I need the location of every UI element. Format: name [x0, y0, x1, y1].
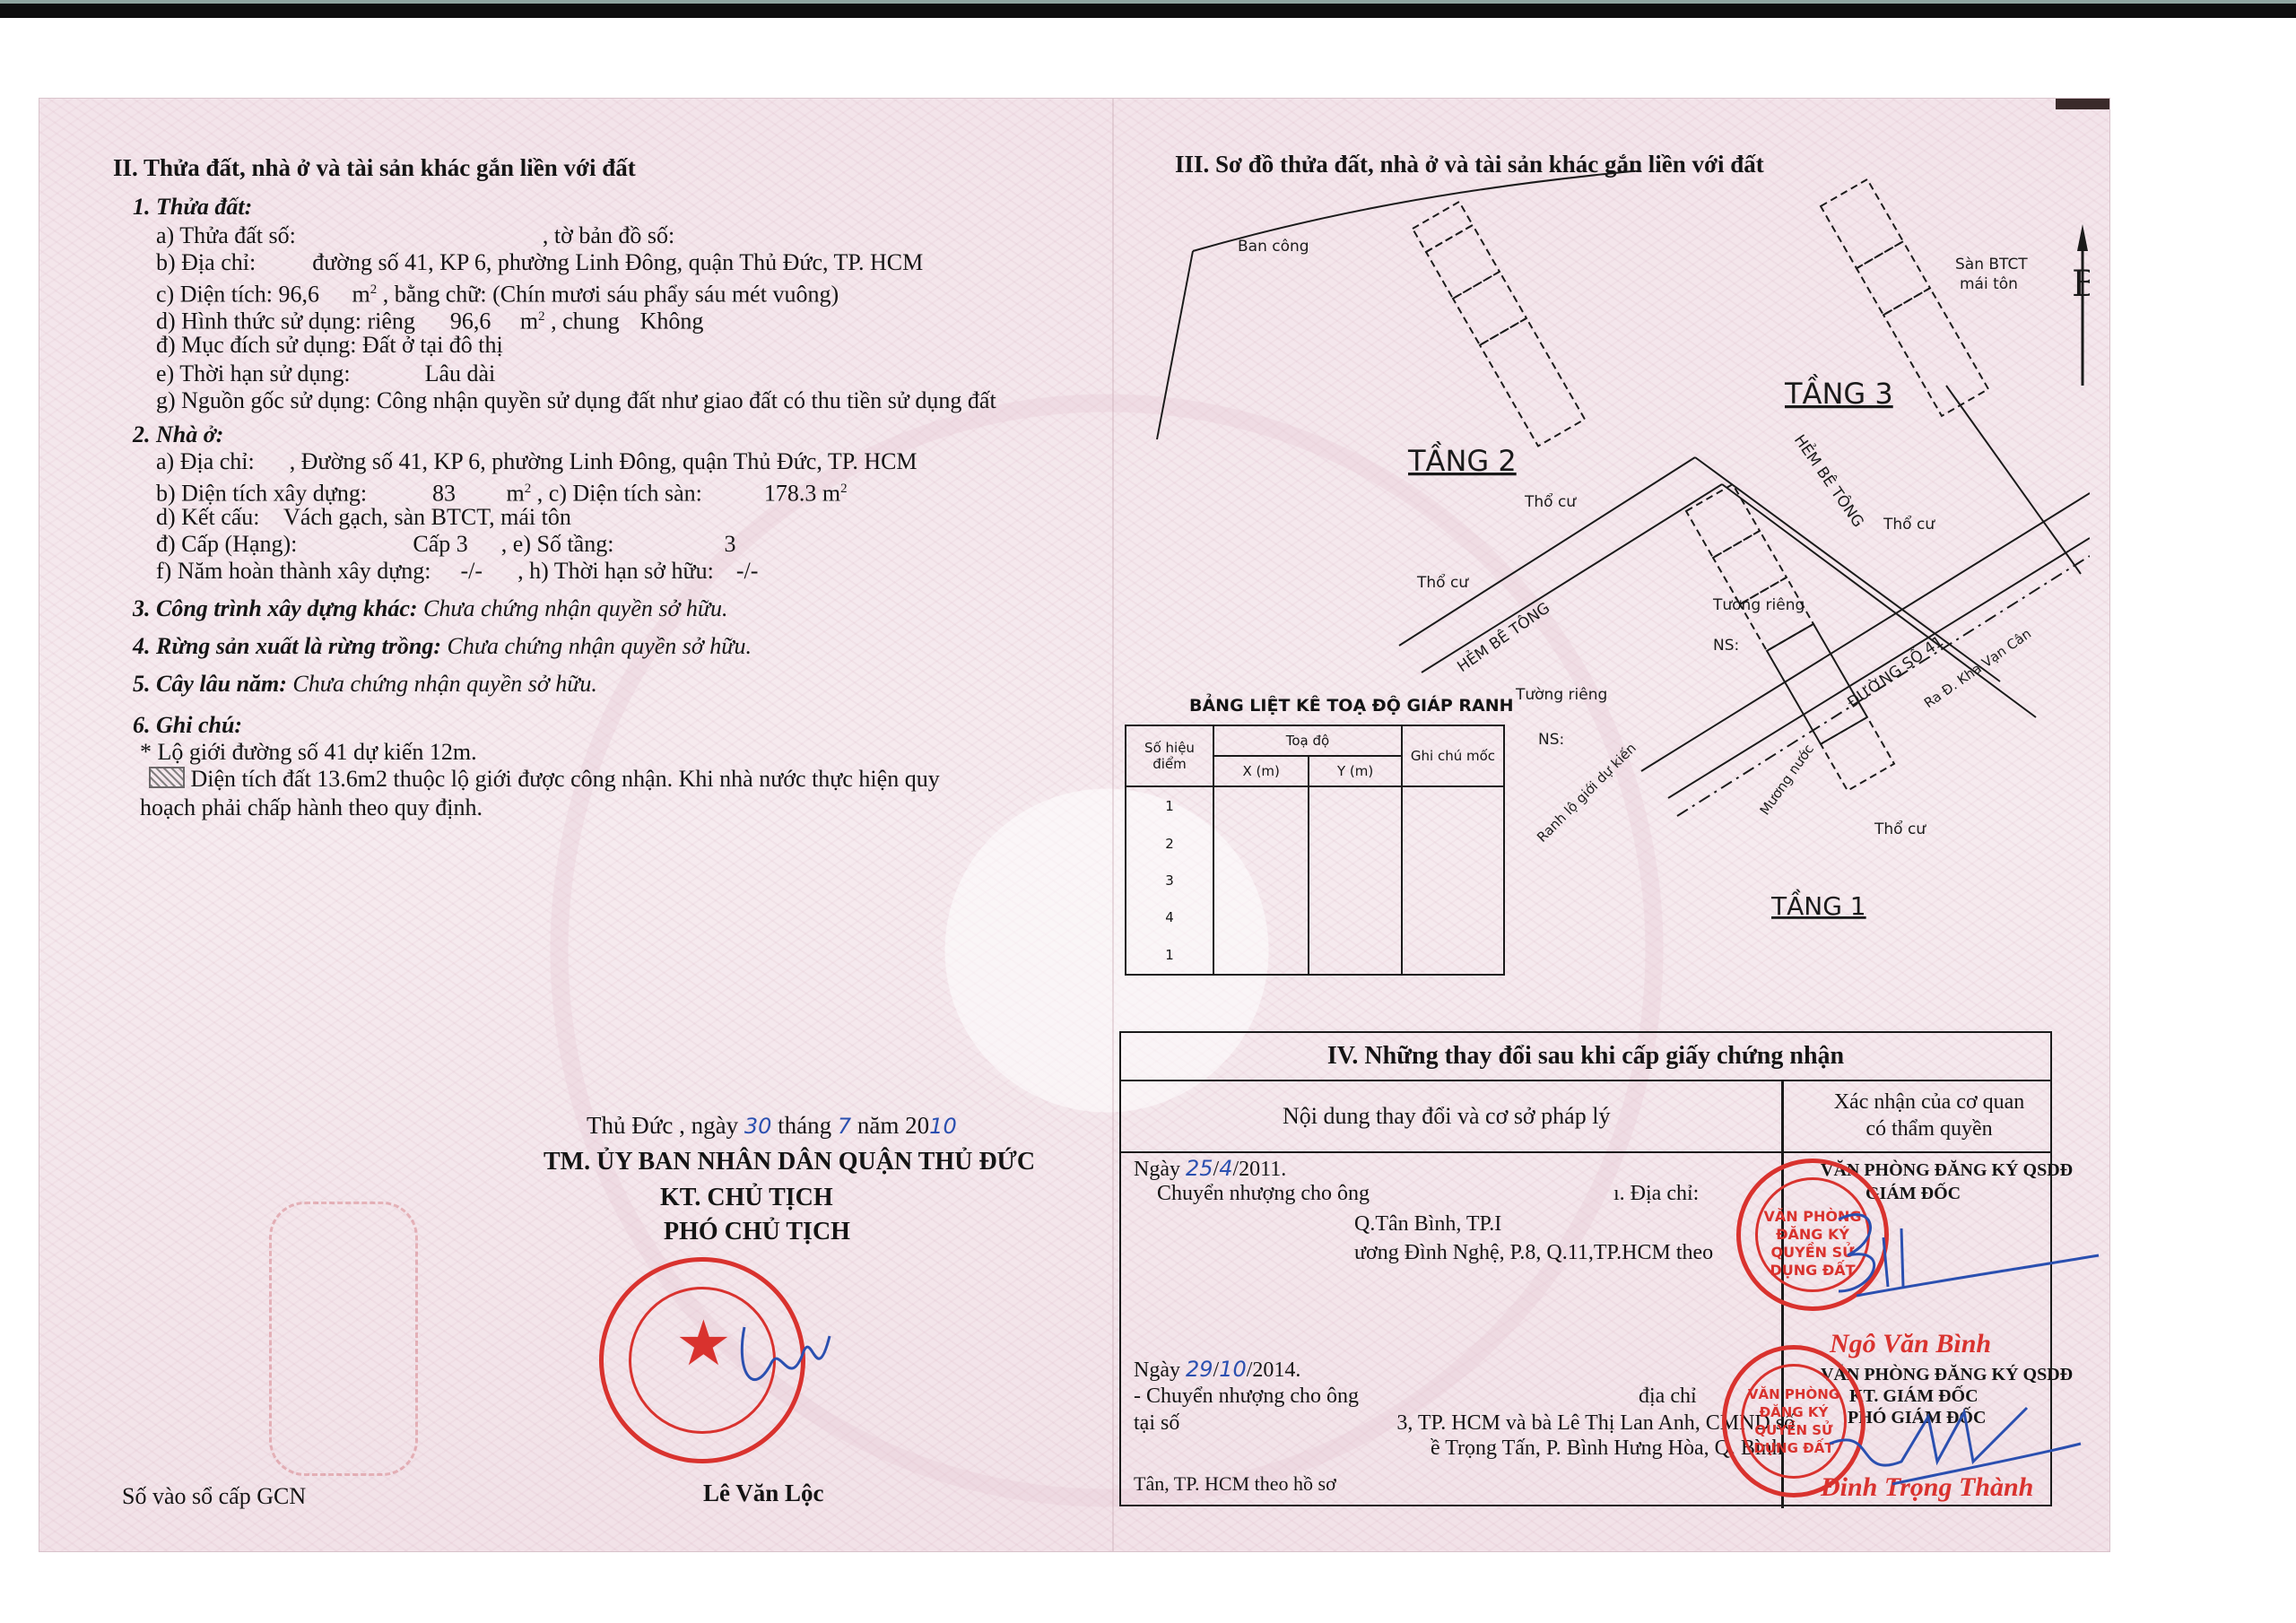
value: -/- [461, 558, 483, 584]
issue-date: Thủ Đức , ngày 30 tháng 7 năm 2010 [587, 1112, 957, 1140]
label: b) Địa chỉ: [156, 249, 256, 275]
house-completion: f) Năm hoàn thành xây dựng: -/- , h) Thờ… [156, 558, 758, 585]
entry-1-date: Ngày 25/4/2011. [1134, 1155, 1286, 1183]
day: 30 [744, 1114, 772, 1139]
point-2: 2 [1126, 825, 1213, 862]
alley-label-1: HẺM BÊ TÔNG [1453, 597, 1553, 676]
label: e) Thời hạn sử dụng: [156, 360, 351, 386]
register-number-label: Số vào sổ cấp GCN [122, 1483, 306, 1510]
land-purpose: đ) Mục đích sử dụng: Đất ở tại đô thị [156, 332, 503, 359]
alley-label-2: HẺM BÊ TÔNG [1790, 430, 1869, 531]
signature-scribble [735, 1309, 843, 1408]
section-iv-title: IV. Những thay đổi sau khi cấp giấy chứn… [1121, 1033, 2050, 1081]
col-point: Số hiệu điểm [1126, 725, 1213, 786]
floors-value: 3 [724, 531, 735, 557]
label: 3. Công trình xây dựng khác: [133, 595, 418, 621]
north-arrow-letter: B [2072, 264, 2090, 305]
signature-1-scribble [1821, 1202, 2108, 1309]
signer-role-2: PHÓ CHỦ TỊCH [664, 1218, 850, 1246]
signature-2-scribble [1821, 1399, 2090, 1488]
col-note: Ghi chú mốc [1402, 725, 1504, 786]
shared-label: , chung [551, 308, 620, 334]
note-line-2: Diện tích đất 13.6m2 thuộc lộ giới được … [149, 766, 940, 793]
label: Ngày [1134, 1158, 1180, 1181]
entry-1-line-3: ương Đình Nghệ, P.8, Q.11,TP.HCM theo [1354, 1239, 1713, 1266]
label: a) Thửa đất số: [156, 222, 296, 248]
entry-1-line-2: Q.Tân Bình, TP.I [1354, 1211, 1501, 1237]
house-heading: 2. Nhà ở: [133, 421, 223, 448]
label: f) Năm hoàn thành xây dựng: [156, 558, 431, 584]
point-1: 1 [1126, 786, 1213, 825]
issuing-authority: TM. ỦY BAN NHÂN DÂN QUẬN THỦ ĐỨC [544, 1148, 1035, 1176]
land-heading: 1. Thửa đất: [133, 194, 252, 221]
residential-label-4: Thổ cư [1874, 820, 1926, 838]
page-fold [1112, 99, 1114, 1551]
unit: m [520, 308, 538, 334]
point-5: 1 [1126, 936, 1213, 975]
entry-1-signer: Ngô Văn Bình [1830, 1329, 1991, 1359]
value: Chưa chứng nhận quyền sở hữu. [292, 671, 597, 697]
house-grade: đ) Cấp (Hạng): Cấp 3 , e) Số tầng: 3 [156, 531, 735, 558]
private-wall-label-2: Tường riêng [1515, 686, 1607, 704]
label: 4. Rừng sản xuất là rừng trồng: [133, 633, 441, 659]
col-confirm-line-2: có thẩm quyền [1817, 1115, 2041, 1142]
value: 96,6 [450, 308, 491, 334]
note-line-1: * Lộ giới đường số 41 dự kiến 12m. [140, 739, 477, 766]
ditch-label: Mương nước [1757, 742, 1817, 819]
value: - Chuyển nhượng cho ông [1134, 1384, 1359, 1408]
entry-2-date: Ngày 29/10/2014. [1134, 1356, 1300, 1384]
col-y: Y (m) [1309, 756, 1402, 786]
value: Diện tích đất 13.6m2 thuộc lộ giới được … [191, 766, 940, 792]
ownership-term-value: -/- [736, 558, 759, 584]
label: 5. Cây lâu năm: [133, 671, 287, 697]
section-ii-title: II. Thửa đất, nhà ở và tài sản khác gắn … [113, 154, 636, 182]
point-4: 4 [1126, 899, 1213, 936]
unit: m [507, 481, 525, 507]
month: 10 [1219, 1357, 1247, 1382]
point-3: 3 [1126, 862, 1213, 898]
col-x: X (m) [1213, 756, 1309, 786]
slab-roof-label-1: Sàn BTCT [1955, 256, 2028, 273]
signer-name: Lê Văn Lộc [703, 1480, 824, 1507]
balcony-label: Ban công [1238, 238, 1309, 256]
day: 29 [1186, 1357, 1213, 1382]
label: g) Nguồn gốc sử dụng: [156, 387, 370, 413]
scanner-edge [0, 0, 2296, 18]
land-address: b) Địa chỉ: đường số 41, KP 6, phường Li… [156, 249, 923, 276]
floor-3-label: TẦNG 3 [1784, 374, 1893, 411]
label: a) Địa chỉ: [156, 448, 255, 474]
entry-2-line-1: - Chuyển nhượng cho ông địa chỉ [1134, 1383, 1697, 1410]
col-confirm-header: Xác nhận của cơ quan có thẩm quyền [1817, 1089, 2041, 1142]
note-line-3: hoạch phải chấp hành theo quy định. [140, 794, 483, 821]
planted-forest: 4. Rừng sản xuất là rừng trồng: Chưa chứ… [133, 633, 752, 660]
label: tại số [1134, 1411, 1179, 1435]
label: d) Kết cấu: [156, 504, 260, 530]
ownership-term-label: , h) Thời hạn sở hữu: [517, 558, 714, 584]
floor-area: 178.3 m [764, 481, 840, 507]
day: 25 [1186, 1156, 1213, 1181]
value: Cấp 3 [413, 531, 467, 557]
value: Chưa chứng nhận quyền sở hữu. [447, 633, 752, 659]
hatched-area-legend-icon [149, 767, 185, 788]
entry-2-office: VĂN PHÒNG ĐĂNG KÝ QSDĐ [1821, 1365, 2073, 1385]
month-label: tháng [778, 1112, 831, 1139]
entry-1-line-1: Chuyển nhượng cho ông ı. Địa chỉ: [1157, 1180, 1699, 1207]
residential-label-3: Thổ cư [1883, 515, 1935, 534]
year: /2014. [1247, 1358, 1301, 1382]
house-structure: d) Kết cấu: Vách gạch, sàn BTCT, mái tôn [156, 504, 571, 531]
value: Đất ở tại đô thị [362, 332, 503, 358]
entry-2-line-2: tại số 3, TP. HCM và bà Lê Thị Lan Anh, … [1134, 1410, 1795, 1436]
other-works: 3. Công trình xây dựng khác: Chưa chứng … [133, 595, 728, 622]
map-sheet-label: , tờ bản đồ số: [543, 222, 674, 248]
label: b) Diện tích xây dựng: [156, 481, 367, 507]
address-label: địa chỉ [1639, 1384, 1697, 1408]
coord-table-title: BẢNG LIỆT KÊ TOẠ ĐỘ GIÁP RANH [1189, 696, 1514, 716]
month: 7 [838, 1114, 851, 1139]
label: d) Hình thức sử dụng: riêng [156, 308, 415, 334]
coordinate-table: Số hiệu điểm Toạ độ Ghi chú mốc X (m) Y … [1125, 725, 1505, 976]
page-curl [2056, 99, 2109, 109]
label: đ) Cấp (Hạng): [156, 531, 297, 557]
value: Vách gạch, sàn BTCT, mái tôn [283, 504, 571, 530]
col-coord: Toạ độ [1213, 725, 1402, 756]
residential-label-2: Thổ cư [1416, 573, 1469, 592]
month: 4 [1219, 1156, 1232, 1181]
land-term: e) Thời hạn sử dụng: Lâu dài [156, 360, 495, 387]
star-icon: ★ [675, 1306, 732, 1380]
year: /2011. [1232, 1158, 1286, 1181]
changes-header: Nội dung thay đổi và cơ sở pháp lý Xác n… [1121, 1080, 2050, 1153]
value: Chuyển nhượng cho ông [1157, 1182, 1370, 1205]
year-label: năm 20 [857, 1112, 929, 1139]
perennial-trees: 5. Cây lâu năm: Chưa chứng nhận quyền sở… [133, 671, 597, 698]
faded-stamp [269, 1202, 418, 1476]
shared-value: Không [640, 308, 704, 334]
value: Lâu dài [425, 360, 496, 386]
col-confirm-line-1: Xác nhận của cơ quan [1817, 1089, 2041, 1115]
floor-1-label: TẦNG 1 [1770, 888, 1866, 921]
label: Thủ Đức , ngày [587, 1112, 738, 1139]
land-parcel-number: a) Thửa đất số: , tờ bản đồ số: [156, 222, 674, 249]
entry-2-line-4: Tân, TP. HCM theo hồ sơ [1134, 1471, 1336, 1497]
boundary-label: Ranh lộ giới dự kiến [1534, 740, 1639, 846]
signer-role-1: KT. CHỦ TỊCH [660, 1184, 833, 1212]
north-arrow-icon [2077, 224, 2088, 386]
floors-label: , e) Số tầng: [501, 531, 614, 557]
value: Chưa chứng nhận quyền sở hữu. [423, 595, 728, 621]
house-area: b) Diện tích xây dựng: 83 m2 , c) Diện t… [156, 475, 848, 508]
address-label: ı. Địa chỉ: [1613, 1182, 1699, 1205]
slab-roof-label-2: mái tôn [1960, 275, 2018, 293]
value: Công nhận quyền sử dụng đất như giao đất… [377, 387, 996, 413]
col-content-header: Nội dung thay đổi và cơ sở pháp lý [1283, 1103, 1610, 1130]
house-address: a) Địa chỉ: , Đường số 41, KP 6, phường … [156, 448, 918, 475]
year: 10 [929, 1114, 957, 1139]
label: đ) Mục đích sử dụng: [156, 332, 357, 358]
land-usage-form: d) Hình thức sử dụng: riêng 96,6 m2 , ch… [156, 303, 703, 335]
notes-heading: 6. Ghi chú: [133, 712, 242, 739]
value: đường số 41, KP 6, phường Linh Đông, quậ… [312, 249, 923, 275]
ns-label-2: NS: [1538, 731, 1564, 749]
label: Ngày [1134, 1358, 1180, 1382]
land-origin: g) Nguồn gốc sử dụng: Công nhận quyền sử… [156, 387, 996, 414]
residential-label-1: Thổ cư [1524, 492, 1577, 511]
floor-2-label: TẦNG 2 [1407, 441, 1517, 478]
ns-label-1: NS: [1713, 637, 1739, 655]
private-wall-label-1: Tường riêng [1712, 596, 1805, 614]
value: , Đường số 41, KP 6, phường Linh Đông, q… [290, 448, 918, 474]
floor-area-label: , c) Diện tích sàn: [537, 481, 702, 507]
built-area: 83 [432, 481, 456, 507]
